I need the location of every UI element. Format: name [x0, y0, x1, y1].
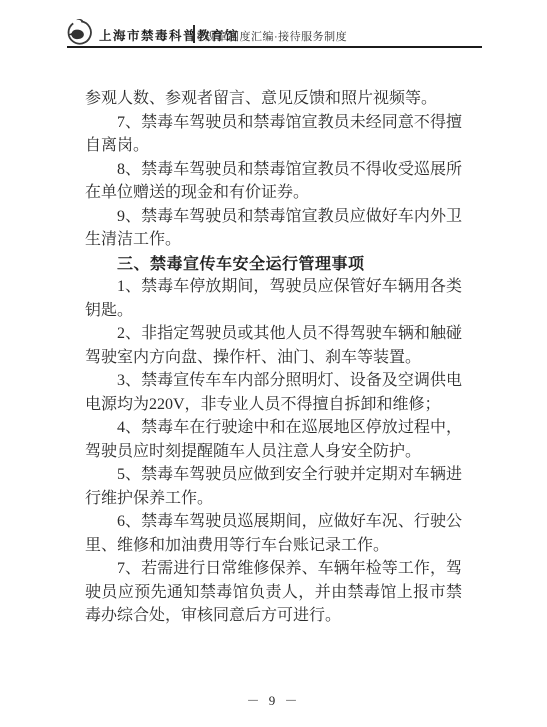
museum-logo-icon: [66, 19, 93, 46]
paragraph-item-4: 4、禁毒车在行驶途中和在巡展地区停放过程中，驾驶员应时刻提醒随车人员注意人身安全…: [85, 416, 462, 463]
page-header: 上海市禁毒科普教育馆 规章制度汇编·接待服务制度: [0, 0, 547, 50]
document-page: 上海市禁毒科普教育馆 规章制度汇编·接待服务制度 参观人数、参观者留言、意见反馈…: [0, 0, 547, 727]
paragraph-item-7: 7、禁毒车驾驶员和禁毒馆宣教员未经同意不得擅自离岗。: [85, 111, 462, 158]
paragraph-continuation: 参观人数、参观者留言、意见反馈和照片视频等。: [85, 87, 462, 111]
header-rule: [67, 46, 482, 48]
document-subtitle: 规章制度汇编·接待服务制度: [205, 28, 347, 44]
paragraph-item-1: 1、禁毒车停放期间，驾驶员应保管好车辆用各类钥匙。: [85, 275, 462, 322]
paragraph-item-9: 9、禁毒车驾驶员和禁毒馆宣教员应做好车内外卫生清洁工作。: [85, 205, 462, 252]
paragraph-item-5: 5、禁毒车驾驶员应做到安全行驶并定期对车辆进行维护保养工作。: [85, 463, 462, 510]
page-number: － 9 －: [0, 690, 547, 709]
section-heading: 三、禁毒宣传车安全运行管理事项: [85, 252, 462, 276]
paragraph-item-2: 2、非指定驾驶员或其他人员不得驾驶车辆和触碰驾驶室内方向盘、操作杆、油门、刹车等…: [85, 322, 462, 369]
paragraph-item-8: 8、禁毒车驾驶员和禁毒馆宣教员不得收受巡展所在单位赠送的现金和有价证券。: [85, 158, 462, 205]
document-body: 参观人数、参观者留言、意见反馈和照片视频等。 7、禁毒车驾驶员和禁毒馆宣教员未经…: [85, 87, 462, 628]
paragraph-item-7b: 7、若需进行日常维修保养、车辆年检等工作，驾驶员应预先通知禁毒馆负责人，并由禁毒…: [85, 557, 462, 628]
paragraph-item-6: 6、禁毒车驾驶员巡展期间，应做好车况、行驶公里、维修和加油费用等行车台账记录工作…: [85, 510, 462, 557]
header-divider: [193, 25, 195, 43]
paragraph-item-3: 3、禁毒宣传车车内部分照明灯、设备及空调供电电源均为220V，非专业人员不得擅自…: [85, 369, 462, 416]
